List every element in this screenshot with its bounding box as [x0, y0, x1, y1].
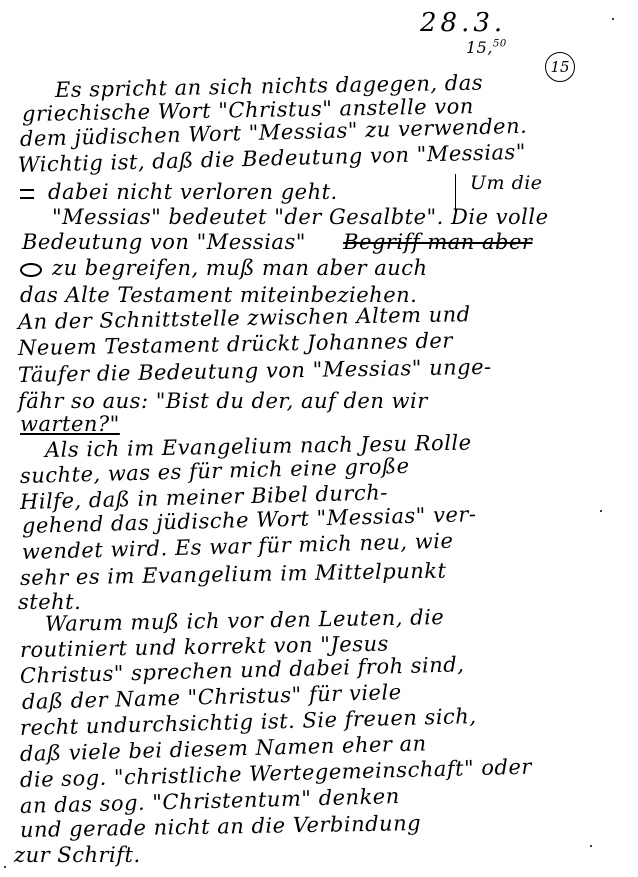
page-number-circle: 15	[545, 52, 575, 82]
text-line-20: sehr es im Evangelium im Mittelpunkt	[20, 559, 447, 590]
text-line-13: fähr so aus: "Bist du der, auf den wir	[18, 389, 428, 413]
text-line-12: Täufer die Bedeutung von "Messias" unge-	[18, 355, 492, 387]
time-minutes: 50	[493, 39, 507, 50]
speck	[600, 510, 602, 512]
time: 15,50	[466, 38, 507, 57]
time-hour: 15,	[466, 38, 493, 57]
text-line-5: dabei nicht verloren geht.	[20, 180, 338, 204]
speck	[612, 18, 614, 20]
speck	[590, 845, 592, 847]
text-line-6: "Messias" bedeutet "der Gesalbte". Die v…	[52, 205, 549, 229]
handwritten-page: 28.3. 15,50 15 Es spricht an sich nichts…	[0, 0, 638, 877]
text-line-31: zur Schrift.	[14, 843, 141, 867]
insertion-um-die: Um die	[470, 172, 543, 194]
text-line-5-content: dabei nicht verloren geht.	[48, 180, 338, 204]
speck	[4, 866, 6, 868]
text-line-8: zu begreifen, muß man aber auch	[20, 256, 428, 280]
text-line-11: Neuem Testament drückt Johannes der	[18, 328, 453, 360]
text-line-7-content: Bedeutung von "Messias"	[22, 230, 306, 254]
text-line-8-content: zu begreifen, muß man aber auch	[52, 256, 428, 280]
text-line-7: Bedeutung von "Messias" Begriff man aber	[22, 230, 532, 254]
date: 28.3.	[420, 8, 506, 38]
text-line-14: warten?"	[20, 412, 120, 436]
text-line-21: steht.	[18, 590, 81, 614]
struck-text: Begriff man aber	[343, 230, 532, 254]
scribble-mark	[20, 263, 42, 277]
scribble-mark	[20, 189, 34, 199]
